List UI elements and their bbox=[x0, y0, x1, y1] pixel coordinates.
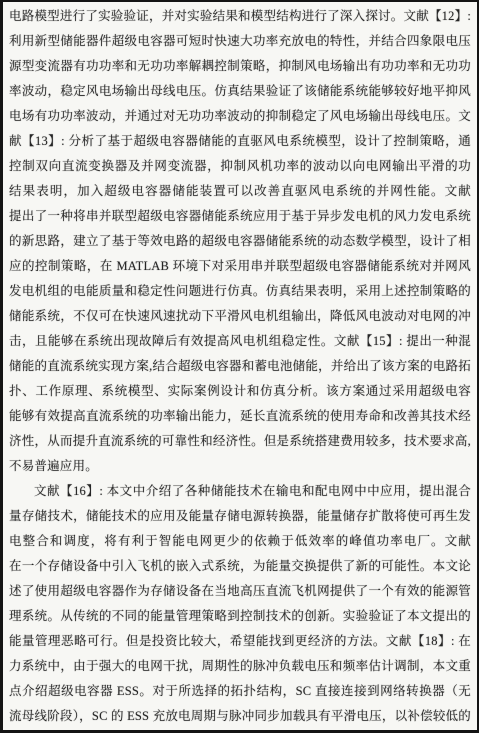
text-line: 扑、工作原理、系统模型、实际案例设计和仿真分析。该方案通过采用超级电容器， bbox=[9, 379, 471, 404]
text-line: 能量管理恶略可行。但是投资比较大，希望能找到更经济的方法。文献【18】: 在电 bbox=[9, 629, 471, 654]
text-line: 电场有功功率波动，并通过对无功功率波动的抑制稳定了风电场输出母线电压。文 bbox=[9, 104, 471, 129]
text-line: 利用新型储能器件超级电容器可短时快速大功率充放电的特性，并结合四象限电压 bbox=[9, 29, 471, 54]
text-line: 量存储技术，储能技术的应用及能量存储电源转换器，能量储存扩散将使可再生发 bbox=[9, 504, 471, 529]
text-line: 电整合和调度，将有利于智能电网更少的依赖于低效率的峰值功率电厂。文献【17】: bbox=[9, 529, 471, 554]
text-line: 控制双向直流变换器及并网变流器，抑制风机功率的波动以向电网输出平滑的功率。 bbox=[9, 154, 471, 179]
text-line: 击，且能够在系统出现故障后有效提高风电机组稳定性。文献【15】: 提出一种混合 bbox=[9, 329, 471, 354]
text-line: 力系统中，由于强大的电网干扰，周期性的脉冲负载电压和频率估计调制，本文重 bbox=[9, 654, 471, 679]
text-line: 源型变流器有功功率和无功功率解耦控制策略，抑制风电场输出有功功率和无功功 bbox=[9, 54, 471, 79]
text-line: 发电机组的电能质量和稳定性问题进行仿真。仿真结果表明，采用上述控制策略的 bbox=[9, 279, 471, 304]
text-line: 率波动，稳定风电场输出母线电压。仿真结果验证了该储能系统能够较好地平抑风 bbox=[9, 79, 471, 104]
text-line: 点介绍超级电容器 ESS。对于所选择的拓扑结构，SC 直接连接到网络转换器（无直 bbox=[9, 679, 471, 704]
body-text: 电路模型进行了实验验证，并对实验结果和模型结构进行了深入探讨。文献【12】: 利… bbox=[9, 4, 471, 729]
text-line: 结果表明，加入超级电容器储能装置可以改善直驱风电系统的并网性能。文献【14】: bbox=[9, 179, 471, 204]
text-line: 述了使用超级电容器作为存储设备在当地高压直流飞机网提供了一个有效的能源管 bbox=[9, 579, 471, 604]
text-line: 流母线阶段），SC 的 ESS 充放电周期与脉冲同步加载具有平滑电压，以补偿较低… bbox=[9, 704, 471, 729]
document-page: 电路模型进行了实验验证，并对实验结果和模型结构进行了深入探讨。文献【12】: 利… bbox=[0, 0, 479, 733]
text-line-paragraph-start: 文献【16】: 本文中介绍了各种储能技术在输电和配电网中中应用，提出混合能 bbox=[9, 479, 471, 504]
text-line: 理系统。从传统的不同的能量管理策略到控制技术的创新。实验验证了本文提出的 bbox=[9, 604, 471, 629]
text-line: 的新思路，建立了基于等效电路的超级电容器储能系统的动态数学模型，设计了相 bbox=[9, 229, 471, 254]
text-line: 献【13】: 分析了基于超级电容器储能的直驱风电系统模型，设计了控制策略，通过 bbox=[9, 129, 471, 154]
text-line: 电路模型进行了实验验证，并对实验结果和模型结构进行了深入探讨。文献【12】: bbox=[9, 4, 471, 29]
text-line: 提出了一种将串并联型超级电容器储能系统应用于基于异步发电机的风力发电系统 bbox=[9, 204, 471, 229]
text-line: 储能系统，不仅可在快速风速扰动下平滑风电机组输出，降低风电波动对电网的冲 bbox=[9, 304, 471, 329]
text-line: 济性，从而提升直流系统的可靠性和经济性。但是系统搭建费用较多，技术要求高, bbox=[9, 429, 471, 454]
text-line: 储能的直流系统实现方案,结合超级电容器和蓄电池储能，并给出了该方案的电路拓 bbox=[9, 354, 471, 379]
text-line-paragraph-end: 不易普遍应用。 bbox=[9, 454, 471, 479]
text-line: 能够有效提高直流系统的功率输出能力，延长直流系统的使用寿命和改善其技术经 bbox=[9, 404, 471, 429]
text-line: 在一个存储设备中引入飞机的嵌入式系统，为能量交换提供了新的可能性。本文论 bbox=[9, 554, 471, 579]
text-line: 应的控制策略，在 MATLAB 环境下对采用串并联型超级电容器储能系统对并网风力 bbox=[9, 254, 471, 279]
